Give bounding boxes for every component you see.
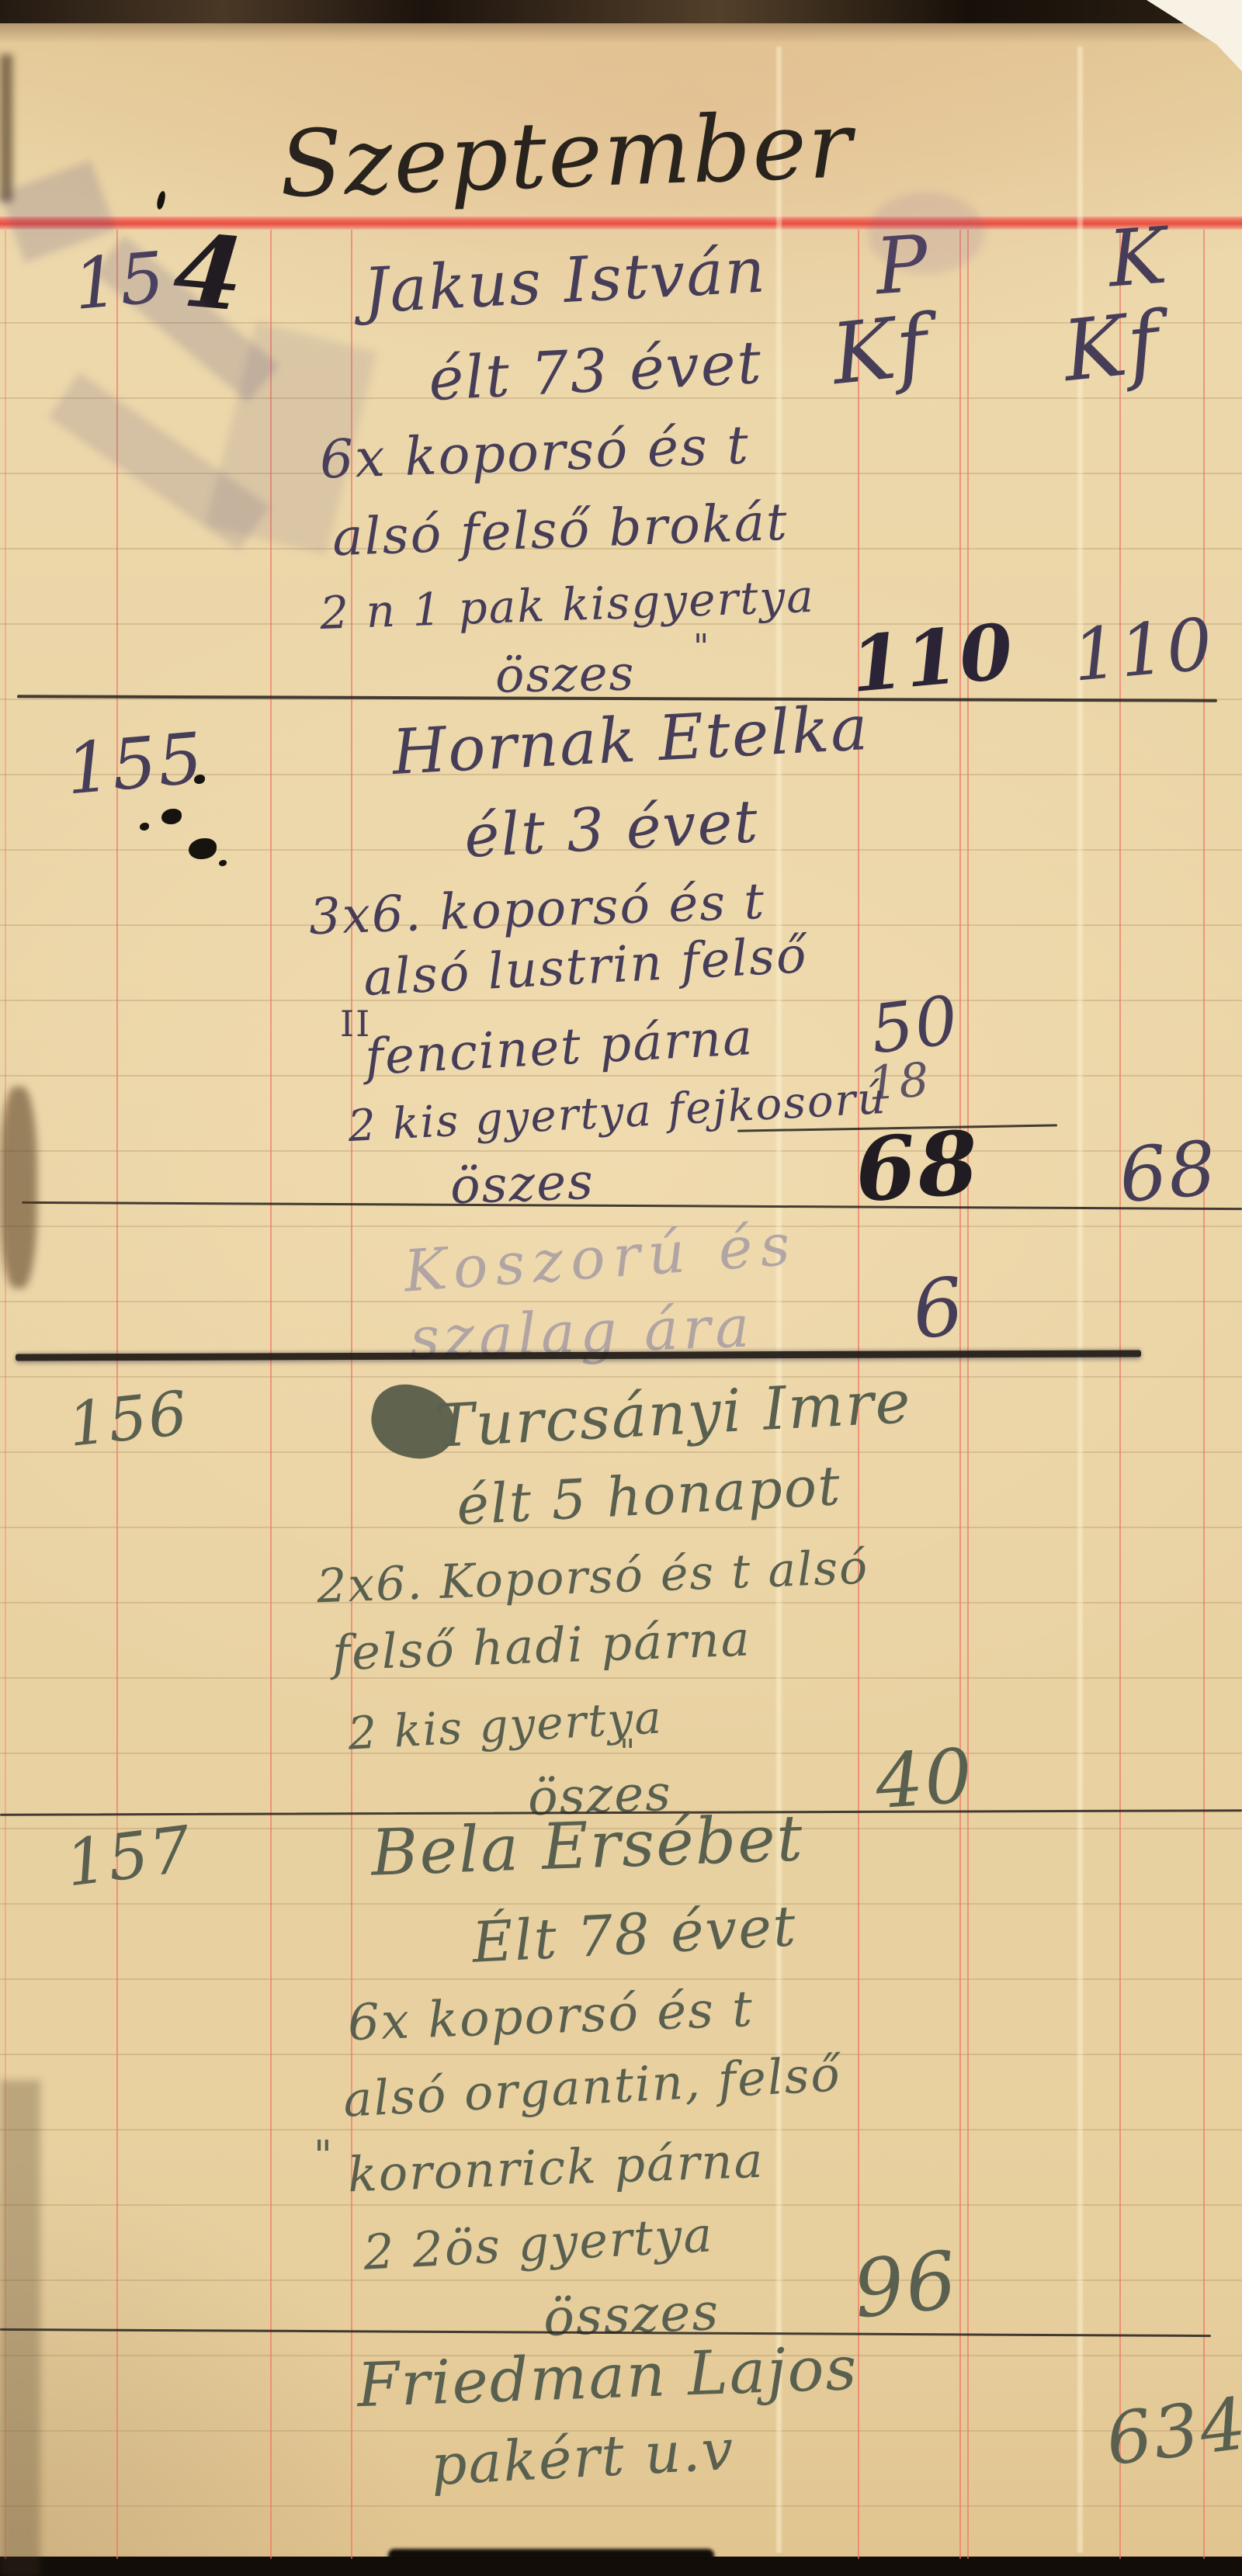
age-line: élt 5 honapot <box>456 1458 843 1533</box>
red-column-line <box>1119 230 1121 2559</box>
item-amount: 18 <box>866 1056 931 1107</box>
paper-crease <box>1077 47 1083 2553</box>
amount-col1: 110 <box>848 614 1017 704</box>
entry-number: 157 <box>63 1818 196 1896</box>
item-line: 2 kis gyertya <box>347 1694 664 1756</box>
currency-header-kf-right: Kf <box>1060 301 1164 394</box>
ditto-mark: " <box>693 630 710 664</box>
currency-header-p: P <box>873 225 932 307</box>
item-line: 6x koporsó és t <box>347 1985 755 2048</box>
ink-spatter <box>219 860 227 866</box>
scan-top-edge <box>0 0 1242 23</box>
wreath-amount: 6 <box>909 1267 969 1351</box>
ditto-mark: " <box>314 2136 334 2176</box>
item-line: 6x koporsó és t <box>319 419 751 487</box>
red-column-line <box>967 230 969 2559</box>
age-line: Élt 78 évet <box>470 1898 798 1971</box>
age-line: élt 73 évet <box>427 333 764 409</box>
amount-col1: 96 <box>850 2241 962 2330</box>
ink-bleedthrough <box>48 373 270 550</box>
total-label: öszes <box>494 649 635 699</box>
entry-number: 15 <box>71 243 168 321</box>
month-title: Szeptember <box>278 99 855 210</box>
item-line: koronrick párna <box>347 2137 765 2200</box>
red-column-line <box>270 230 272 2559</box>
paper-crease <box>776 47 782 2553</box>
item-line: alsó organtin, felső <box>342 2050 842 2124</box>
amount-col1: 40 <box>873 1739 977 1820</box>
ditto-mark: " <box>619 1735 637 1770</box>
amount-col1: 68 <box>852 1120 982 1215</box>
footer-name: Friedman Lajos <box>356 2339 859 2416</box>
age-line: élt 3 évet <box>463 792 760 866</box>
entry-number-overwrite: 4 <box>170 220 249 325</box>
item-line: fencinet párna <box>364 1013 755 1083</box>
deceased-name: Bela Ersébet <box>370 1807 805 1885</box>
item-line: alsó felső brokát <box>331 497 789 563</box>
red-column-line <box>959 230 961 2559</box>
wreath-note-line: Koszorú és <box>402 1215 800 1300</box>
entry-separator <box>22 1201 1242 1210</box>
ink-spatter <box>161 809 182 824</box>
total-label: összes <box>543 2287 720 2344</box>
red-column-line <box>5 230 6 2559</box>
red-column-line <box>351 230 352 2559</box>
item-line: 2 n 1 pak kisgyertya <box>319 574 815 636</box>
amount-col2: 110 <box>1070 608 1216 692</box>
scan-bottom-edge <box>0 2557 1242 2576</box>
ink-spatter <box>156 190 166 210</box>
entry-number: 156 <box>65 1383 191 1456</box>
currency-header-kf-left: Kf <box>828 304 933 397</box>
footer-line: pakért u.v <box>429 2422 736 2493</box>
red-column-line <box>1203 230 1205 2559</box>
item-line: 2 2ös gyertya <box>363 2210 715 2277</box>
deceased-name: Turcsányi Imre <box>433 1372 913 1456</box>
currency-header-k: K <box>1106 217 1171 298</box>
item-line: felső hadi párna <box>331 1615 751 1678</box>
ink-spatter <box>189 838 217 859</box>
edge-stain <box>0 54 12 202</box>
ink-spatter <box>140 823 149 830</box>
amount-col2: 68 <box>1116 1131 1220 1214</box>
footer-amount: 6348 <box>1102 2383 1242 2477</box>
entry-number: 155 <box>63 723 206 805</box>
deceased-name: Hornak Etelka <box>390 697 870 784</box>
item-amount: 50 <box>867 986 963 1063</box>
item-line: 2 kis gyertya fejkosorú <box>347 1077 888 1149</box>
item-line: 2x6. Koporsó és t alsó <box>316 1545 869 1610</box>
scan-top-shadow <box>0 23 1242 43</box>
deceased-name: Jakus István <box>362 239 768 322</box>
ledger-page: Szeptember P K Kf Kf 15 4 Jakus István é… <box>0 0 1242 2576</box>
